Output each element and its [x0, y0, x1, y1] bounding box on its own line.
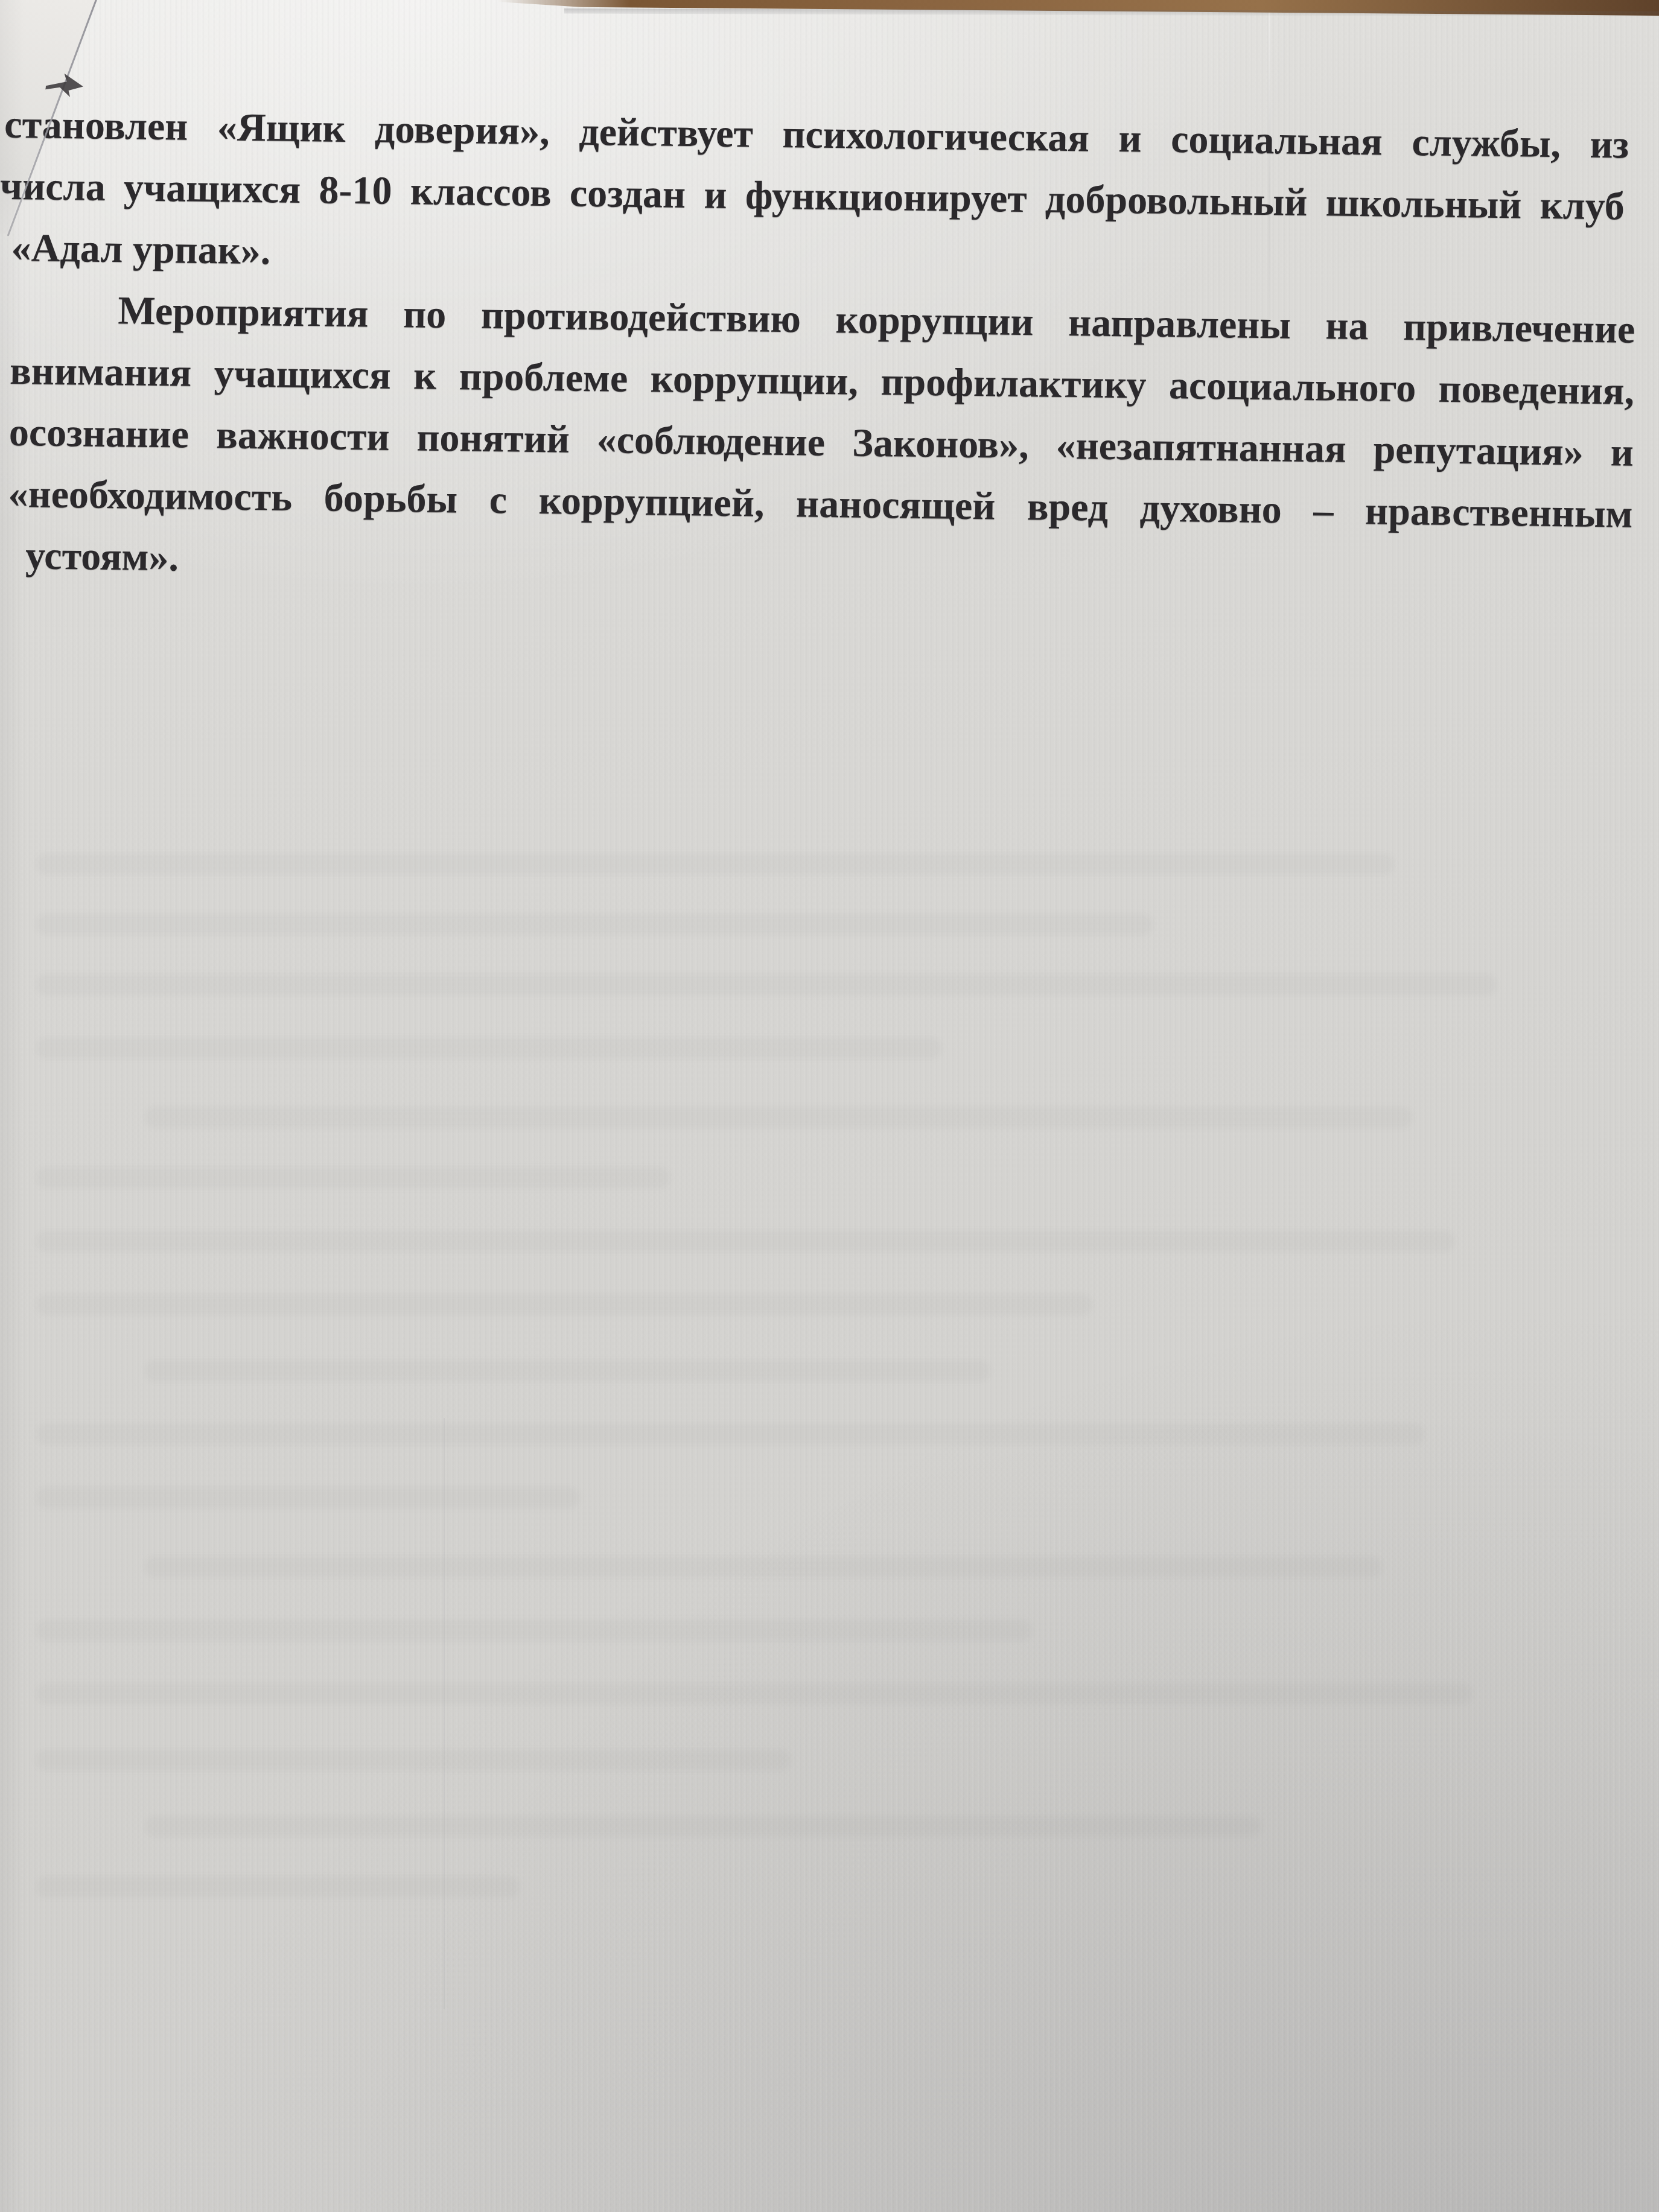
paper-crease	[444, 1418, 445, 2009]
paragraph-1: становлен «Ящик доверия», действует псих…	[11, 94, 1638, 299]
document-photo: становлен «Ящик доверия», действует псих…	[0, 0, 1659, 2212]
body-text: становлен «Ящик доверия», действует псих…	[7, 94, 1638, 607]
paragraph-2: Мероприятия по противодействию коррупции…	[7, 279, 1635, 607]
